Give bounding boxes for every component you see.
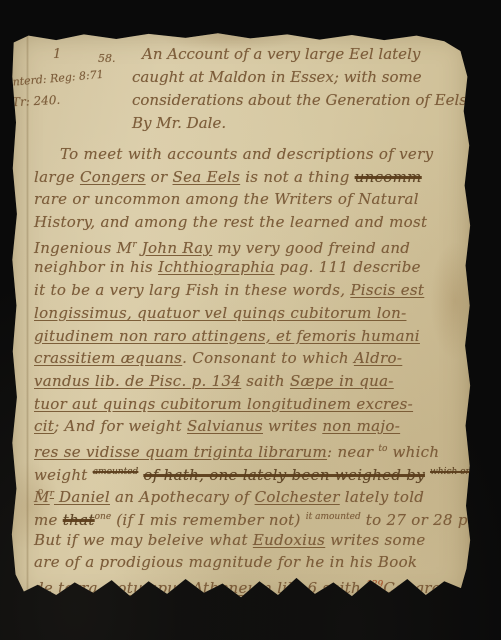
manuscript-text-segment: crassitiem æquans (34, 349, 182, 367)
manuscript-line: it to be a very larg Fish in these words… (34, 279, 474, 302)
manuscript-page: 1 58. enterd: Reg: 8:71 Tr: 240. o An Ac… (10, 31, 472, 603)
manuscript-text-segment: . Consonant to which (182, 349, 354, 367)
manuscript-line: longissimus, quatuor vel quinqs cubitoru… (34, 302, 474, 325)
title-line: By Mr. Dale. (132, 112, 477, 135)
manuscript-line: me thatone (if I mis remember not) it am… (34, 506, 474, 529)
manuscript-text-segment: non majo- (322, 417, 400, 435)
manuscript-text-segment: Salvianus (187, 417, 263, 435)
manuscript-text-segment: gitudinem non raro attingens, et femoris… (34, 327, 420, 345)
manuscript-text-segment: tuor aut quinqs cubitorum longitudinem e… (34, 395, 413, 413)
manuscript-line: Ingenious Mr John Ray my very good frein… (34, 234, 474, 257)
manuscript-text-segment: my very good freind and (212, 239, 410, 257)
manuscript-text-segment: me (34, 511, 63, 529)
manuscript-text-segment: pag. 111 describe (275, 258, 421, 276)
manuscript-text-segment: lately told (340, 488, 425, 506)
manuscript-line: But if we may beleive what Eudoxius writ… (34, 529, 474, 552)
entered-register-note: enterd: Reg: 8:71 (6, 68, 105, 89)
title-line: An Account of a very large Eel lately (132, 43, 477, 66)
manuscript-text-segment: weight (34, 466, 93, 484)
manuscript-text-segment: are of a prodigious magnitude for he in … (34, 553, 417, 571)
manuscript-text-segment: to 27 or 28 pounds. (361, 511, 501, 529)
manuscript-text-segment: res se vidisse quam triginta librarum (34, 443, 327, 461)
manuscript-text-segment: John Ray (142, 239, 213, 257)
manuscript-line: large Congers or Sea Eels is not a thing… (34, 166, 474, 189)
manuscript-text-segment: an Apothecary of (110, 488, 255, 506)
manuscript-text-segment: uncomm (355, 168, 422, 186)
manuscript-text-segment: writes (263, 417, 322, 435)
manuscript-text-segment: that (63, 511, 95, 529)
manuscript-text-segment: writes some (325, 531, 425, 549)
folio-number: 1 (53, 47, 61, 62)
manuscript-line: res se vidisse quam triginta librarum: n… (34, 438, 474, 461)
manuscript-text-segment: it to be a very larg Fish in these words… (34, 281, 350, 299)
manuscript-text-segment: : near (327, 443, 378, 461)
manuscript-text-segment: which one (430, 467, 477, 477)
manuscript-line: Mr Daniel an Apothecary of Colchester la… (34, 483, 474, 506)
manuscript-text-segment: or (146, 168, 173, 186)
register-number: 58. (98, 52, 116, 65)
manuscript-line: neighbor in his Ichthiographia pag. 111 … (34, 256, 474, 279)
manuscript-text-segment: saith (317, 579, 366, 597)
manuscript-text-segment: Congers (80, 168, 146, 186)
scan-background: 1 58. enterd: Reg: 8:71 Tr: 240. o An Ac… (0, 0, 501, 640)
manuscript-line: History, and among the rest the learned … (34, 211, 474, 234)
manuscript-line: rare or uncommon among the Writers of Na… (34, 188, 474, 211)
manuscript-text-segment: Ingenious M (34, 239, 132, 257)
manuscript-text-segment: Eudoxius (253, 531, 325, 549)
manuscript-text-segment: 129 (366, 580, 383, 590)
manuscript-text-segment: which (387, 443, 439, 461)
manuscript-text-segment: longissimus, quatuor vel quinqs cubitoru… (34, 304, 406, 322)
manuscript-text-segment: cit (34, 417, 54, 435)
manuscript-text-segment: Sæpe in qua- (290, 372, 394, 390)
paper-crease (26, 31, 29, 603)
manuscript-text-segment: (if I mis remember not) (111, 511, 306, 529)
manuscript-text-segment: But if we may beleive what (34, 531, 253, 549)
manuscript-text-segment: Congros (383, 579, 449, 597)
body-lines: To meet with accounts and descriptions o… (34, 143, 474, 597)
manuscript-text-segment: Piscis est (350, 281, 424, 299)
manuscript-text-segment: Daniel (54, 488, 110, 506)
manuscript-text-segment: r (132, 240, 136, 250)
title-line: caught at Maldon in Essex; with some (132, 66, 477, 89)
manuscript-text-segment: To meet with accounts and descriptions o… (60, 145, 433, 163)
manuscript-text-segment: Ichthiographia (158, 258, 274, 276)
title-block: An Account of a very large Eel lately ca… (132, 43, 477, 135)
manuscript-line: weight amounted of hath, one lately been… (34, 461, 474, 484)
manuscript-text-segment: large (34, 168, 80, 186)
manuscript-text-segment: it amounted (306, 512, 361, 522)
transactions-note: Tr: 240. (12, 93, 61, 110)
manuscript-text-segment: Sea Eels (173, 168, 241, 186)
manuscript-text-segment: rare or uncommon among the Writers of Na… (34, 190, 419, 208)
manuscript-line: To meet with accounts and descriptions o… (34, 143, 474, 166)
manuscript-line: vandus lib. de Pisc. p. 134 saith Sæpe i… (34, 370, 474, 393)
title-line: considerations about the Generation of E… (132, 89, 477, 112)
manuscript-text-segment: of hath, one lately been weighed by (143, 466, 425, 484)
manuscript-text-segment: Aldro- (354, 349, 402, 367)
manuscript-line: cit; And for weight Salvianus writes non… (34, 415, 474, 438)
manuscript-line: are of a prodigious magnitude for he in … (34, 551, 474, 574)
manuscript-text-segment: Colchester (255, 488, 340, 506)
manuscript-text-segment: is not a thing (240, 168, 355, 186)
manuscript-text-segment: vandus lib. de Pisc. p. 134 (34, 372, 241, 390)
manuscript-text-segment: de terra motu apud Atheneum lib. 6 (34, 579, 317, 597)
manuscript-text-segment: saith (241, 372, 290, 390)
manuscript-line: tuor aut quinqs cubitorum longitudinem e… (34, 393, 474, 416)
manuscript-line: crassitiem æquans. Consonant to which Al… (34, 347, 474, 370)
manuscript-text-segment: amounted (93, 467, 139, 477)
manuscript-line: gitudinem non raro attingens, et femoris… (34, 325, 474, 348)
manuscript-text-segment: History, and among the rest the learned … (34, 213, 427, 231)
manuscript-text-segment: ; And for weight (54, 417, 187, 435)
manuscript-text-segment: M (34, 488, 50, 506)
manuscript-text-segment: one (95, 512, 112, 522)
manuscript-text-segment: neighbor in his (34, 258, 158, 276)
manuscript-line: de terra motu apud Atheneum lib. 6 saith… (34, 574, 474, 597)
